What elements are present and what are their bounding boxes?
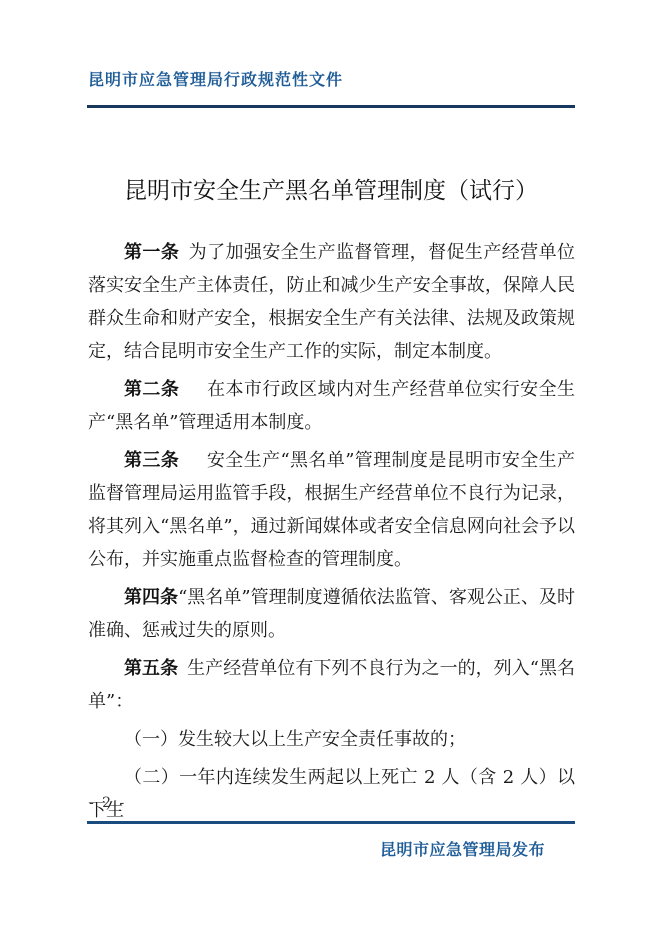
document-paragraph: 第五条 生产经营单位有下列不良行为之一的，列入“黑名单”： [88,652,575,718]
document-paragraph: 第二条 在本市行政区域内对生产经营单位实行安全生产“黑名单”管理适用本制度。 [88,373,575,439]
document-title: 昆明市安全生产黑名单管理制度（试行） [87,174,575,208]
article-number: 第一条 [124,242,179,263]
document-paragraph: 第一条 为了加强安全生产监督管理，督促生产经营单位落实安全生产主体责任，防止和减… [88,236,575,368]
page-number: - 2 - [89,795,126,811]
article-number: 第四条 [124,587,178,608]
footer-divider [87,821,575,824]
document-body: 第一条 为了加强安全生产监督管理，督促生产经营单位落实安全生产主体责任，防止和减… [88,236,575,832]
document-paragraph: 第四条“黑名单”管理制度遵循依法监管、客观公正、及时准确、惩戒过失的原则。 [88,581,575,647]
document-page: 昆明市应急管理局行政规范性文件 昆明市安全生产黑名单管理制度（试行） 第一条 为… [0,0,662,936]
document-paragraph: （二）一年内连续发生两起以上死亡 2 人（含 2 人）以下生 [88,761,575,827]
document-paragraph: 第三条 安全生产“黑名单”管理制度是昆明市安全生产监督管理局运用监管手段，根据生… [88,444,575,576]
footer-publisher: 昆明市应急管理局发布 [380,837,545,860]
article-number: 第三条 [124,450,179,471]
document-header-masthead: 昆明市应急管理局行政规范性文件 [88,67,343,90]
article-text: （一）发生较大以上生产安全责任事故的； [124,729,466,750]
document-paragraph: （一）发生较大以上生产安全责任事故的； [88,723,575,756]
article-text: （二）一年内连续发生两起以上死亡 2 人（含 2 人）以下生 [88,767,575,821]
article-number: 第二条 [124,379,179,400]
article-number: 第五条 [124,658,178,679]
header-divider [87,105,575,108]
